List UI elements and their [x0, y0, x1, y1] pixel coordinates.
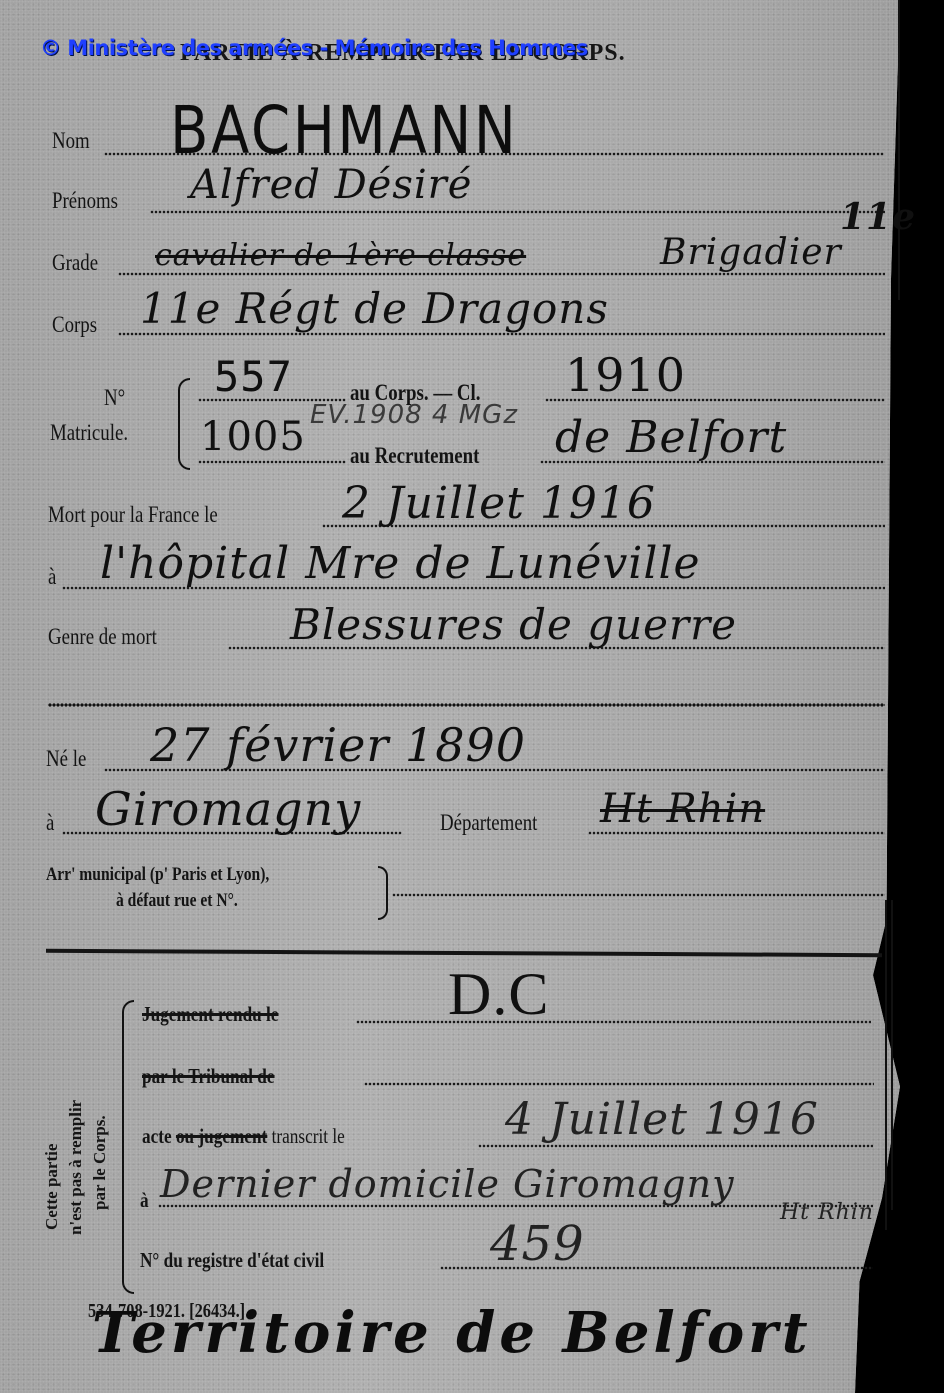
label-arrondissement-1: Arr' municipal (p' Paris et Lyon), [46, 864, 269, 886]
brace [378, 866, 388, 920]
label-prenoms: Prénoms [52, 188, 118, 214]
label-au-recrutement: au Recrutement [350, 443, 479, 469]
label-matricule: Matricule. [50, 420, 128, 446]
value-matricule-recrutement: 1005 [200, 414, 306, 460]
stamp-dc: D.C [448, 960, 549, 1029]
side-note-line1: Cette partie [42, 1144, 62, 1230]
value-a-extra: Ht Rhin [780, 1200, 874, 1225]
brace [178, 378, 190, 470]
value-mort-le: 2 Juillet 1916 [342, 478, 656, 529]
copyright-watermark: © Ministère des armées - Mémoire des Hom… [40, 36, 588, 60]
footer-handwritten: Territoire de Belfort [92, 1300, 812, 1366]
margin-note: 11e [840, 196, 916, 238]
paper-edge [891, 900, 893, 1210]
paper-edge [898, 0, 900, 300]
label-nom: Nom [52, 128, 90, 154]
value-corps: 11e Régt de Dragons [140, 284, 609, 333]
value-prenoms: Alfred Désiré [190, 162, 472, 208]
value-matricule-corps: 557 [214, 352, 293, 401]
brace [122, 1000, 134, 1294]
side-note-line3: par le Corps. [90, 1115, 110, 1210]
label-mort-le: Mort pour la France le [48, 502, 218, 528]
value-a: Dernier domicile Giromagny [160, 1162, 735, 1206]
label-lieu-deces: à [48, 564, 56, 590]
dotted-line [356, 1020, 871, 1024]
label-arrondissement-2: à défaut rue et N°. [116, 890, 238, 912]
dotted-line [392, 893, 885, 897]
dotted-line [364, 1082, 874, 1086]
label-acte: acte ou jugement transcrit le [142, 1124, 345, 1149]
value-genre-mort: Blessures de guerre [290, 600, 737, 649]
side-note-line2: n'est pas à remplir [66, 1100, 86, 1235]
label-tribunal: par le Tribunal de [142, 1064, 275, 1089]
value-nom: BACHMANN [170, 92, 518, 169]
label-acte-struck: ou jugement [176, 1124, 267, 1148]
label-matricule-no: N° [104, 385, 125, 411]
value-grade: Brigadier [660, 232, 842, 273]
label-acte-2: transcrit le [272, 1124, 345, 1148]
side-note: Cette partie n'est pas à remplir par le … [30, 1030, 120, 1230]
value-ne-le: 27 février 1890 [150, 718, 526, 772]
label-registre: N° du registre d'état civil [140, 1248, 324, 1273]
dotted-line [198, 460, 346, 464]
label-genre-mort: Genre de mort [48, 624, 157, 650]
label-jugement: Jugement rendu le [142, 1002, 278, 1027]
paper-edge [885, 900, 887, 1230]
label-grade: Grade [52, 250, 98, 276]
label-a: à [140, 1188, 149, 1213]
value-departement-struck: Ht Rhin [600, 786, 765, 832]
label-corps: Corps [52, 312, 97, 338]
label-ne-le: Né le [46, 746, 86, 772]
annotation-matricule: EV.1908 4 MGz [310, 400, 518, 430]
dotted-line [48, 703, 885, 707]
value-grade-struck: cavalier de 1ère classe [155, 238, 526, 273]
value-lieu-deces: l'hôpital Mre de Lunéville [100, 538, 701, 589]
value-classe: 1910 [565, 348, 686, 402]
value-registre: 459 [490, 1216, 585, 1272]
label-departement: Département [440, 810, 537, 836]
label-lieu-naissance: à [46, 810, 54, 836]
dotted-line [150, 210, 885, 214]
value-acte: 4 Juillet 1916 [505, 1094, 819, 1145]
value-lieu-naissance: Giromagny [95, 782, 361, 836]
value-recrutement: de Belfort [555, 412, 787, 463]
label-acte-1: acte [142, 1124, 172, 1148]
